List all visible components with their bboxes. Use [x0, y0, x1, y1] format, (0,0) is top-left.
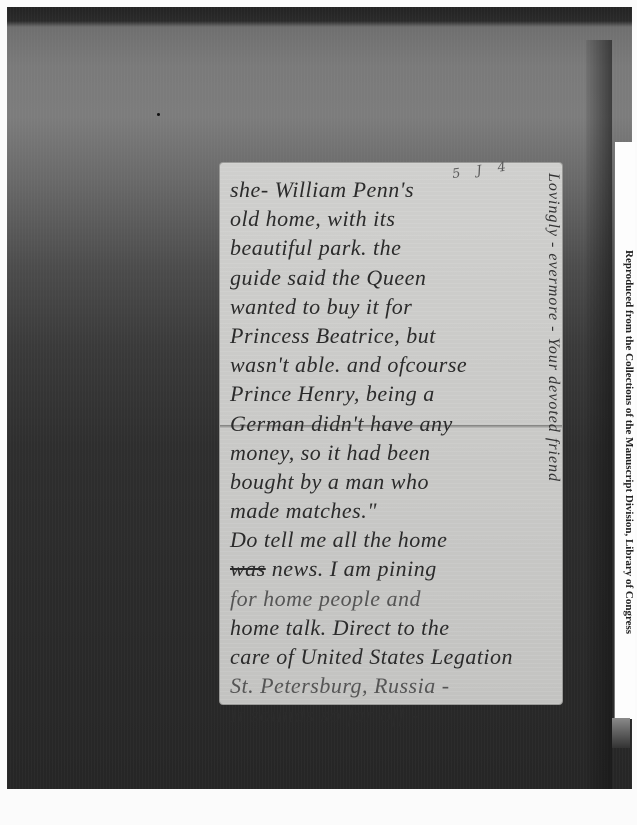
letter-line: home talk. Direct to the [230, 613, 530, 642]
letter-line: St. Petersburg, Russia - [230, 671, 530, 700]
letter-line: news. I am pining [272, 556, 437, 581]
letter-line: for home people and [230, 584, 530, 613]
letter-line: made matches." [230, 496, 530, 525]
letter-page: 5 J 4 she- William Penn's old home, with… [220, 163, 562, 704]
letter-line: Prince Henry, being a [230, 379, 530, 408]
letter-line: It sounds so far off - [230, 700, 530, 729]
credit-strip: Reproduced from the Collections of the M… [614, 142, 635, 719]
letter-line: wasn't able. and ofcourse [230, 350, 530, 379]
letter-body: she- William Penn's old home, with its b… [230, 175, 530, 730]
letter-line: guide said the Queen [230, 263, 530, 292]
thumbnail-swatch [612, 718, 630, 748]
letter-line: wanted to buy it for [230, 292, 530, 321]
letter-line: bought by a man who [230, 467, 530, 496]
letter-line: Do tell me all the home [230, 525, 530, 554]
margin-note: Lovingly - evermore - Your devoted frien… [542, 173, 562, 693]
letter-line: old home, with its [230, 204, 530, 233]
letter-line: beautiful park. the [230, 233, 530, 262]
letter-line: Princess Beatrice, but [230, 321, 530, 350]
struck-word: was [230, 556, 266, 581]
letter-line-with-strike: was news. I am pining [230, 554, 530, 583]
letter-line: she- William Penn's [230, 175, 530, 204]
letter-line: money, so it had been [230, 438, 530, 467]
dust-speck [157, 113, 160, 116]
page-edge-shadow [586, 40, 612, 789]
letter-line: German didn't have any [230, 409, 530, 438]
letter-line: care of United States Legation [230, 642, 530, 671]
credit-text: Reproduced from the Collections of the M… [615, 250, 635, 634]
